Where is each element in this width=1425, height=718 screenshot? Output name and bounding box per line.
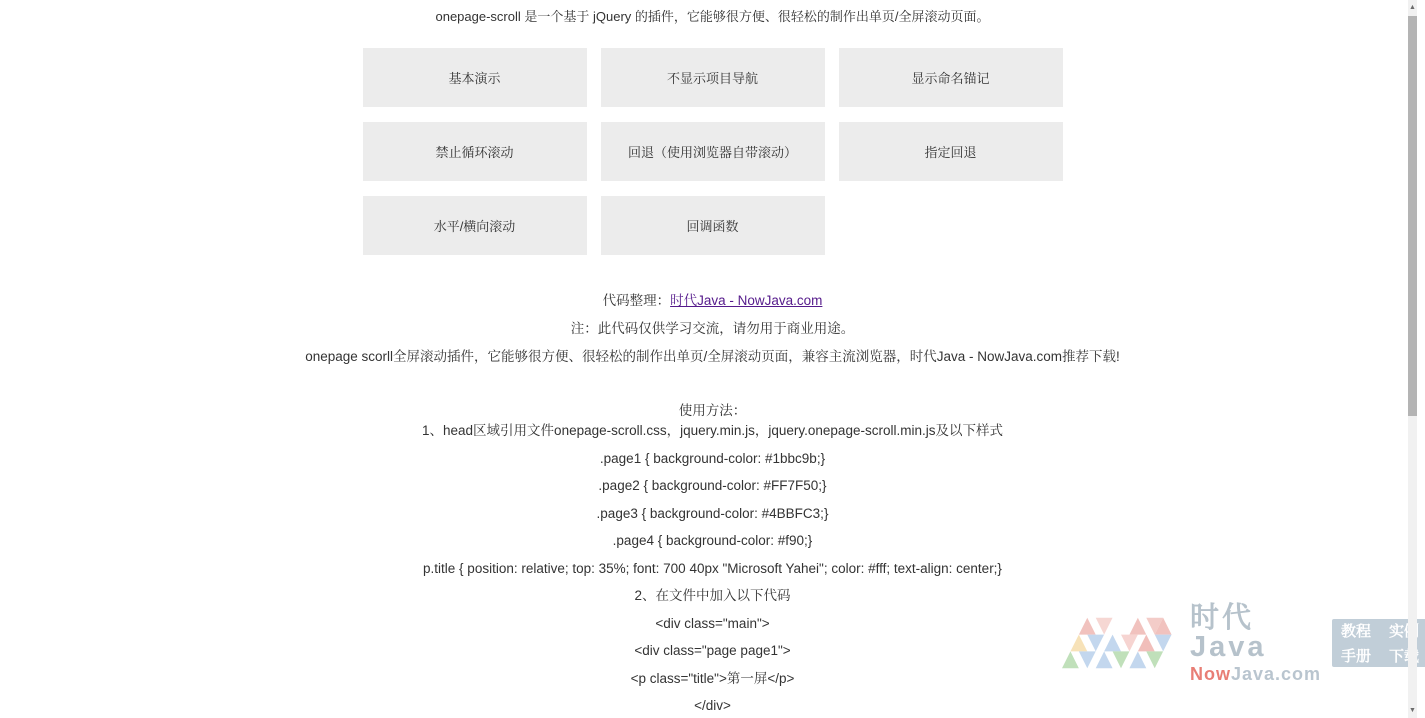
css-line-page2: .page2 { background-color: #FF7F50;} bbox=[0, 472, 1425, 500]
menu-item-manual: 手册 bbox=[1341, 645, 1371, 666]
css-line-page3: .page3 { background-color: #4BBFC3;} bbox=[0, 500, 1425, 528]
note-text: 注：此代码仅供学习交流，请勿用于商业用途。 bbox=[0, 321, 1425, 337]
css-line-title: p.title { position: relative; top: 35%; … bbox=[0, 555, 1425, 583]
scrollbar-thumb[interactable] bbox=[1408, 16, 1417, 416]
menu-item-tutorial: 教程 bbox=[1341, 620, 1371, 641]
credit-line: 代码整理：时代Java - NowJava.com bbox=[0, 293, 1425, 309]
brand-site-now: Now bbox=[1190, 664, 1231, 684]
demo-button-no-pagination[interactable]: 不显示项目导航 bbox=[601, 48, 825, 107]
css-line-page1: .page1 { background-color: #1bbc9b;} bbox=[0, 445, 1425, 473]
plugin-description: onepage scorll全屏滚动插件，它能够很方便、很轻松的制作出单页/全屏… bbox=[0, 349, 1425, 365]
code-line-close-div: </div> bbox=[0, 692, 1425, 718]
usage-step-1: 1、head区域引用文件onepage-scroll.css，jquery.mi… bbox=[0, 417, 1425, 445]
intro-text: onepage-scroll 是一个基于 jQuery 的插件，它能够很方便、很… bbox=[0, 9, 1425, 25]
scrollbar-up-arrow-icon[interactable]: ▲ bbox=[1408, 0, 1417, 15]
demo-button-anchors[interactable]: 显示命名锚记 bbox=[839, 48, 1063, 107]
brand-site-name: NowJava.com bbox=[1190, 665, 1318, 683]
demo-button-horizontal[interactable]: 水平/横向滚动 bbox=[363, 196, 587, 255]
credit-label: 代码整理： bbox=[603, 293, 671, 308]
demo-button-grid: 基本演示 不显示项目导航 显示命名锚记 禁止循环滚动 回退（使用浏览器自带滚动）… bbox=[363, 48, 1063, 255]
nowjava-watermark: 时代Java NowJava.com 教程 实例 手册 下载 bbox=[1062, 614, 1392, 672]
demo-button-browser-scroll-back[interactable]: 回退（使用浏览器自带滚动） bbox=[601, 122, 825, 181]
brand-site-javacom: Java.com bbox=[1231, 664, 1321, 684]
demo-button-callback[interactable]: 回调函数 bbox=[601, 196, 825, 255]
nowjava-logo-icon bbox=[1062, 617, 1180, 669]
scrollbar-down-arrow-icon[interactable]: ▼ bbox=[1408, 703, 1417, 718]
grid-empty-cell bbox=[839, 196, 1063, 255]
nowjava-credit-link[interactable]: 时代Java - NowJava.com bbox=[670, 293, 822, 308]
demo-button-basic[interactable]: 基本演示 bbox=[363, 48, 587, 107]
demo-button-specified-back[interactable]: 指定回退 bbox=[839, 122, 1063, 181]
css-line-page4: .page4 { background-color: #f90;} bbox=[0, 527, 1425, 555]
vertical-scrollbar[interactable]: ▲ ▼ bbox=[1408, 0, 1417, 718]
demo-button-no-loop[interactable]: 禁止循环滚动 bbox=[363, 122, 587, 181]
nowjava-brand: 时代Java NowJava.com bbox=[1190, 604, 1318, 683]
brand-name-cn: 时代Java bbox=[1190, 604, 1318, 662]
